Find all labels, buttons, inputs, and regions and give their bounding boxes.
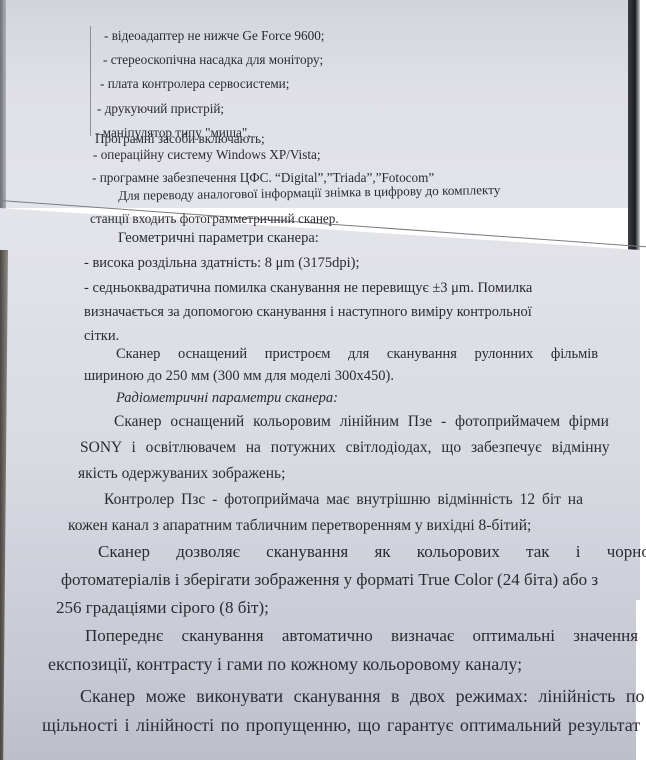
hardware-item-stereo-attachment: - стереоскопічна насадка для монітору; xyxy=(103,52,323,68)
radiometric-p2-line1: Контролер Пзс - фотоприймача має внутріш… xyxy=(104,492,583,508)
software-heading-text: Програмні засоби включають; xyxy=(95,131,265,147)
background-patch xyxy=(636,600,646,760)
radiometric-p3-line1: Сканер дозволяє сканування як кольорових… xyxy=(98,544,646,560)
radiometric-p1-line1: Сканер оснащений кольоровим лінійним Пзе… xyxy=(114,414,609,430)
radiometric-p3-line3: 256 градаціями сірого (8 біт); xyxy=(56,600,269,616)
radiometric-p2-line2: кожен канал з апаратним табличним перетв… xyxy=(68,518,531,534)
geometric-rmse-line1: - седньоквадратична помилка сканування н… xyxy=(84,280,599,296)
radiometric-p4-line1: Попереднє сканування автоматично визнача… xyxy=(85,628,638,644)
geometric-rmse-line2: визначається за допомогою сканування і н… xyxy=(84,304,532,320)
hardware-item-servo-controller: - плата контролера сервосистеми; xyxy=(100,76,289,92)
radiometric-p3-line2: фотоматеріалів і зберігати зображення у … xyxy=(61,572,598,588)
radiometric-p4-line2: експозиції, контрасту і гами по кожному … xyxy=(48,656,522,672)
page-crease xyxy=(90,26,91,136)
hardware-item-videoadapter: - відеоадаптер не нижче Ge Force 9600; xyxy=(104,28,324,44)
scanner-intro-line2: станції входить фотограмметричний сканер… xyxy=(90,211,339,227)
geometric-rmse-line3: сітки. xyxy=(84,328,119,344)
radiometric-p1-line2: SONY і освітлювачем на потужних світлоді… xyxy=(80,440,610,456)
roll-film-line1: Сканер оснащений пристроєм для скануванн… xyxy=(116,346,598,362)
geometric-heading: Геометричні параметри сканера: xyxy=(118,230,319,246)
right-page-edge-shadow xyxy=(628,0,640,250)
radiometric-p5-line2: щільності і лінійності по пропущенню, що… xyxy=(42,717,640,733)
software-item-os: - операційну систему Windows XP/Vista; xyxy=(93,147,321,163)
left-page-edge-shadow xyxy=(0,0,6,240)
radiometric-p1-line3: якість одержуваних зображень; xyxy=(78,466,285,482)
document-photo: - відеоадаптер не нижче Ge Force 9600; -… xyxy=(0,0,646,760)
roll-film-line2: шириною до 250 мм (300 мм для моделі 300… xyxy=(84,368,394,384)
radiometric-heading: Радіометричні параметри сканера: xyxy=(116,390,338,406)
geometric-resolution: - висока роздільна здатність: 8 μm (3175… xyxy=(84,255,360,271)
radiometric-p5-line1: Сканер може виконувати сканування в двох… xyxy=(80,688,644,704)
hardware-item-printer: - друкуючий пристрій; xyxy=(97,101,224,117)
